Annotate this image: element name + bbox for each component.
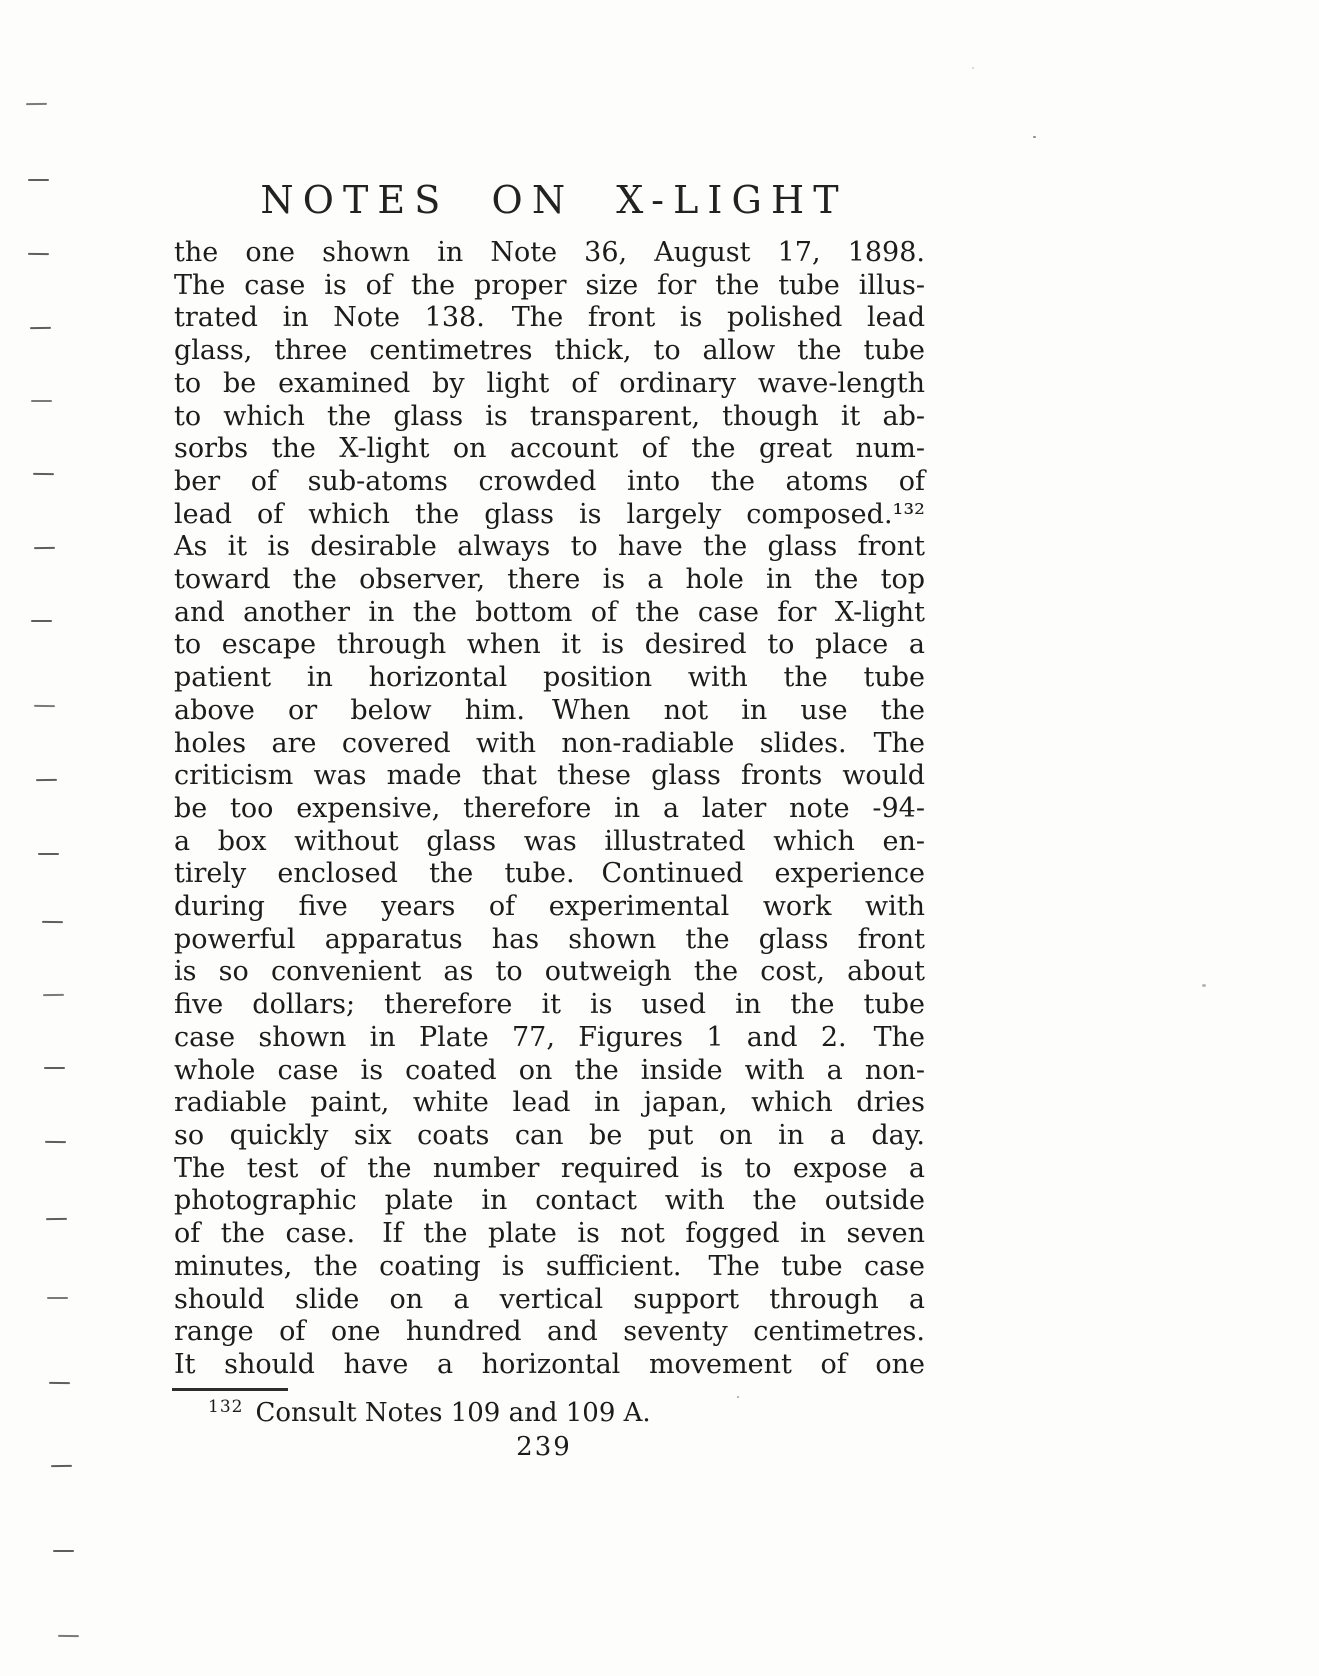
scan-margin-dash [34, 705, 55, 707]
body-text-line: the one shown in Note 36, August 17, 189… [174, 237, 925, 270]
body-text-line: during five years of experimental work w… [174, 891, 925, 924]
footnote-text: Consult Notes 109 and 109 A. [255, 1398, 650, 1428]
scan-margin-dash [28, 253, 49, 255]
body-text-line: patient in horizontal position with the … [174, 662, 925, 695]
body-text-line: above or below him. When not in use the [174, 695, 925, 728]
body-text-line: The case is of the proper size for the t… [174, 270, 925, 303]
body-text-line: tirely enclosed the tube. Continued expe… [174, 858, 925, 891]
body-text-line: toward the observer, there is a hole in … [174, 564, 925, 597]
scan-margin-dash [38, 853, 59, 855]
body-text-line: to which the glass is transparent, thoug… [174, 401, 925, 434]
scan-margin-dash [31, 620, 52, 622]
body-text-line: radiable paint, white lead in japan, whi… [174, 1087, 925, 1120]
body-text-line: range of one hundred and seventy centime… [174, 1316, 925, 1349]
scan-margin-dash [28, 179, 49, 181]
scan-margin-dash [26, 103, 47, 105]
footnote-marker: 132 [208, 1397, 243, 1417]
body-text-line: powerful apparatus has shown the glass f… [174, 924, 925, 957]
scan-margin-dash [58, 1635, 79, 1637]
body-text-line: minutes, the coating is sufficient. The … [174, 1251, 925, 1284]
body-text-line: should slide on a vertical support throu… [174, 1284, 925, 1317]
scan-margin-dash [51, 1465, 72, 1467]
body-text-line: trated in Note 138. The front is polishe… [174, 302, 925, 335]
scan-margin-dash [42, 921, 63, 923]
body-text-line: to be examined by light of ordinary wave… [174, 368, 925, 401]
footnote-rule [172, 1388, 288, 1391]
body-text-line: As it is desirable always to have the gl… [174, 531, 925, 564]
page-number: 239 [174, 1432, 914, 1462]
body-text-line: lead of which the glass is largely compo… [174, 499, 925, 532]
scan-speck [1202, 984, 1206, 987]
body-text-line: photographic plate in contact with the o… [174, 1185, 925, 1218]
body-text-line: criticism was made that these glass fron… [174, 760, 925, 793]
scan-margin-dash [46, 1218, 67, 1220]
body-text-line: holes are covered with non-radiable slid… [174, 728, 925, 761]
body-text-line: be too expensive, therefore in a later n… [174, 793, 925, 826]
scan-speck [1033, 136, 1036, 138]
body-text-line: of the case. If the plate is not fogged … [174, 1218, 925, 1251]
body-text-line: is so convenient as to outweigh the cost… [174, 956, 925, 989]
scan-margin-dash [34, 547, 55, 549]
page-title: NOTES ON X-LIGHT [174, 181, 925, 219]
body-text-line: five dollars; therefore it is used in th… [174, 989, 925, 1022]
scan-margin-dash [45, 1141, 66, 1143]
body-text-line: so quickly six coats can be put on in a … [174, 1120, 925, 1153]
scan-margin-dash [44, 1067, 65, 1069]
body-text-line: case shown in Plate 77, Figures 1 and 2.… [174, 1022, 925, 1055]
body-text-line: The test of the number required is to ex… [174, 1153, 925, 1186]
body-text-line: It should have a horizontal movement of … [174, 1349, 925, 1382]
scan-margin-dash [33, 473, 54, 475]
body-text-line: a box without glass was illustrated whic… [174, 826, 925, 859]
scan-margin-dash [53, 1550, 74, 1552]
body-text-line: whole case is coated on the inside with … [174, 1055, 925, 1088]
scan-margin-dash [36, 779, 57, 781]
body-text-line: ber of sub-atoms crowded into the atoms … [174, 466, 925, 499]
scan-margin-dash [49, 1382, 70, 1384]
scan-speck [972, 67, 974, 69]
body-text-line: to escape through when it is desired to … [174, 629, 925, 662]
body-text-line: sorbs the X-light on account of the grea… [174, 433, 925, 466]
body-text-line: and another in the bottom of the case fo… [174, 597, 925, 630]
scan-margin-dash [47, 1297, 68, 1299]
footnote: 132Consult Notes 109 and 109 A. [174, 1398, 925, 1431]
scan-margin-dash [31, 400, 52, 402]
body-text-line: glass, three centimetres thick, to allow… [174, 335, 925, 368]
scan-margin-dash [43, 994, 64, 996]
scan-margin-dash [30, 327, 51, 329]
body-text-column: the one shown in Note 36, August 17, 189… [174, 237, 925, 1382]
book-page: NOTES ON X-LIGHT the one shown in Note 3… [0, 0, 1319, 1676]
